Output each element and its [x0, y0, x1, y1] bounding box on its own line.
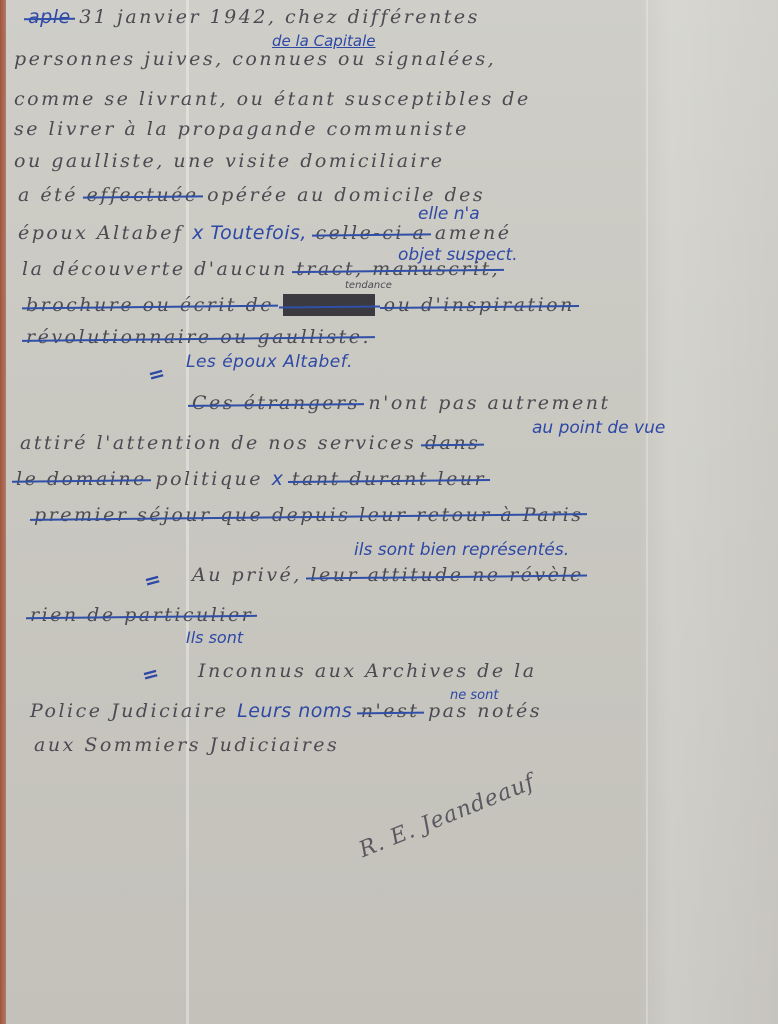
struck-text: le domaine: [16, 468, 147, 490]
text-line-3: comme se livrant, ou étant susceptibles …: [14, 88, 531, 110]
struck-text: premier séjour que depuis leur retour à …: [34, 504, 583, 526]
correction-text: x Toutefois,: [192, 222, 307, 244]
text-line-13: attiré l'attention de nos services dans: [20, 432, 480, 454]
paper-fold: [646, 0, 648, 1024]
text-line-20: Police Judiciaire Leurs noms n'est pas n…: [30, 700, 542, 722]
text-line-6: a été effectuée opérée au domicile des: [18, 184, 485, 206]
text-line-5: ou gaulliste, une visite domiciliaire: [14, 150, 445, 172]
text-line-21: aux Sommiers Judiciaires: [34, 734, 339, 756]
insertion-above: tendance: [345, 280, 392, 291]
text-line-2: personnes juives, connues ou signalées,: [14, 48, 496, 70]
correction-text: Leurs noms: [237, 700, 352, 722]
struck-text: leur attitude ne révèle: [310, 564, 583, 586]
struck-text: tant durant leur: [292, 468, 486, 490]
text-line-14: le domaine politique x tant durant leur: [16, 468, 486, 490]
text-line-10: révolutionnaire ou gaulliste.: [26, 326, 371, 348]
text-line-15: premier séjour que depuis leur retour à …: [34, 504, 583, 526]
text-line-1: aple 31 janvier 1942, chez différentes: [28, 6, 480, 28]
text-line-17: rien de particulier: [30, 604, 253, 626]
struck-text: xxxxxxx: [283, 294, 376, 316]
text-line-16: Au privé, leur attitude ne révèle: [192, 564, 584, 586]
correction-text: x: [272, 468, 284, 490]
struck-text: rien de particulier: [30, 604, 253, 626]
text-line-8: la découverte d'aucun tract, manuscrit,: [22, 258, 500, 280]
insertion-above: ils sont bien représentés.: [354, 540, 569, 560]
struck-text: tract, manuscrit,: [296, 258, 500, 280]
struck-text: ou d'inspiration: [384, 294, 575, 316]
text-line-4: se livrer à la propagande communiste: [14, 118, 469, 140]
text-line-12: Ces étrangers n'ont pas autrement: [192, 392, 611, 414]
insertion-above: au point de vue: [532, 418, 665, 438]
struck-text: dans: [425, 432, 480, 454]
struck-text: révolutionnaire ou gaulliste.: [26, 326, 371, 348]
correction-text: aple: [28, 6, 71, 28]
text-line-7: époux Altabef x Toutefois, celle-ci a am…: [18, 222, 511, 244]
text-line-9: brochure ou écrit de xxxxxxx ou d'inspir…: [26, 294, 575, 316]
insertion-above: Ils sont: [186, 628, 243, 647]
text-line-19: Inconnus aux Archives de la: [198, 660, 537, 682]
struck-text: celle-ci a: [316, 222, 427, 244]
correction-text: Les époux Altabef.: [186, 352, 353, 372]
insertion-above: elle n'a: [418, 204, 480, 224]
struck-text: n'est: [361, 700, 420, 722]
struck-text: effectuée: [87, 184, 199, 206]
struck-text: brochure ou écrit de: [26, 294, 274, 316]
struck-text: Ces étrangers: [192, 392, 360, 414]
